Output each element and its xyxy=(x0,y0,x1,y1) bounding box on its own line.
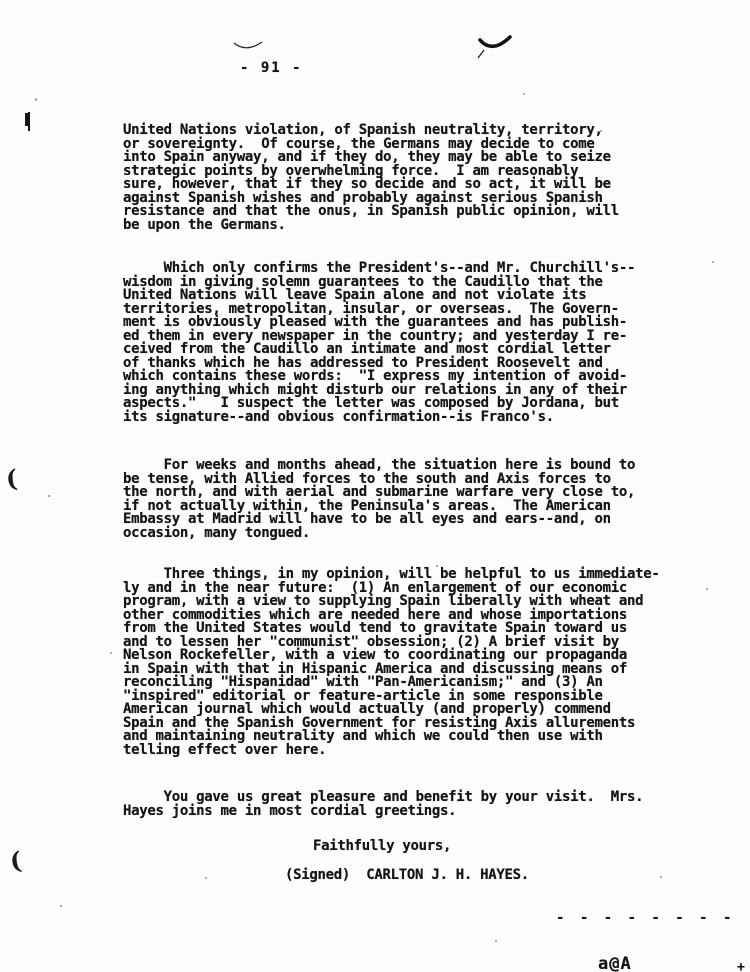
scan-speck xyxy=(600,130,602,132)
scanned-letter-page: - 91 - United Nations violation, of Span… xyxy=(0,0,750,972)
paragraph-guarantees-caudillo: Which only confirms the President's--and… xyxy=(123,262,683,424)
scan-speck xyxy=(34,98,37,102)
scan-stroke-bold-icon xyxy=(472,32,516,62)
scan-speck xyxy=(205,877,207,879)
page-number: - 91 - xyxy=(240,62,303,76)
signature-line: (Signed) CARLTON J. H. HAYES. xyxy=(285,869,529,883)
scan-speck xyxy=(523,93,525,95)
bottom-edge-cutoff-mark: a@A xyxy=(598,958,632,972)
scan-speck xyxy=(110,652,112,654)
left-margin-ink-blob xyxy=(25,113,29,126)
scan-speck xyxy=(516,207,518,209)
scan-speck xyxy=(495,940,497,942)
scan-speck xyxy=(712,261,714,263)
left-margin-paren-lower: ( xyxy=(8,845,23,875)
scan-speck xyxy=(436,565,438,567)
scan-stroke-thin-icon xyxy=(232,38,266,56)
paragraph-closing-thanks: You gave us great pleasure and benefit b… xyxy=(123,791,683,818)
paragraph-three-things: Three things, in my opinion, will be hel… xyxy=(123,568,683,757)
scan-speck xyxy=(48,495,50,497)
paragraph-weeks-ahead: For weeks and months ahead, the situatio… xyxy=(123,459,683,540)
left-margin-paren-upper: ( xyxy=(5,463,19,493)
scan-speck xyxy=(660,876,662,878)
scan-speck xyxy=(706,588,708,590)
valediction: Faithfully yours, xyxy=(313,840,451,854)
scan-speck xyxy=(60,905,62,907)
paragraph-spanish-neutrality: United Nations violation, of Spanish neu… xyxy=(123,124,683,232)
bottom-edge-plus-mark: + xyxy=(737,961,745,972)
footer-dashed-line: - - - - - - - - xyxy=(556,912,735,926)
